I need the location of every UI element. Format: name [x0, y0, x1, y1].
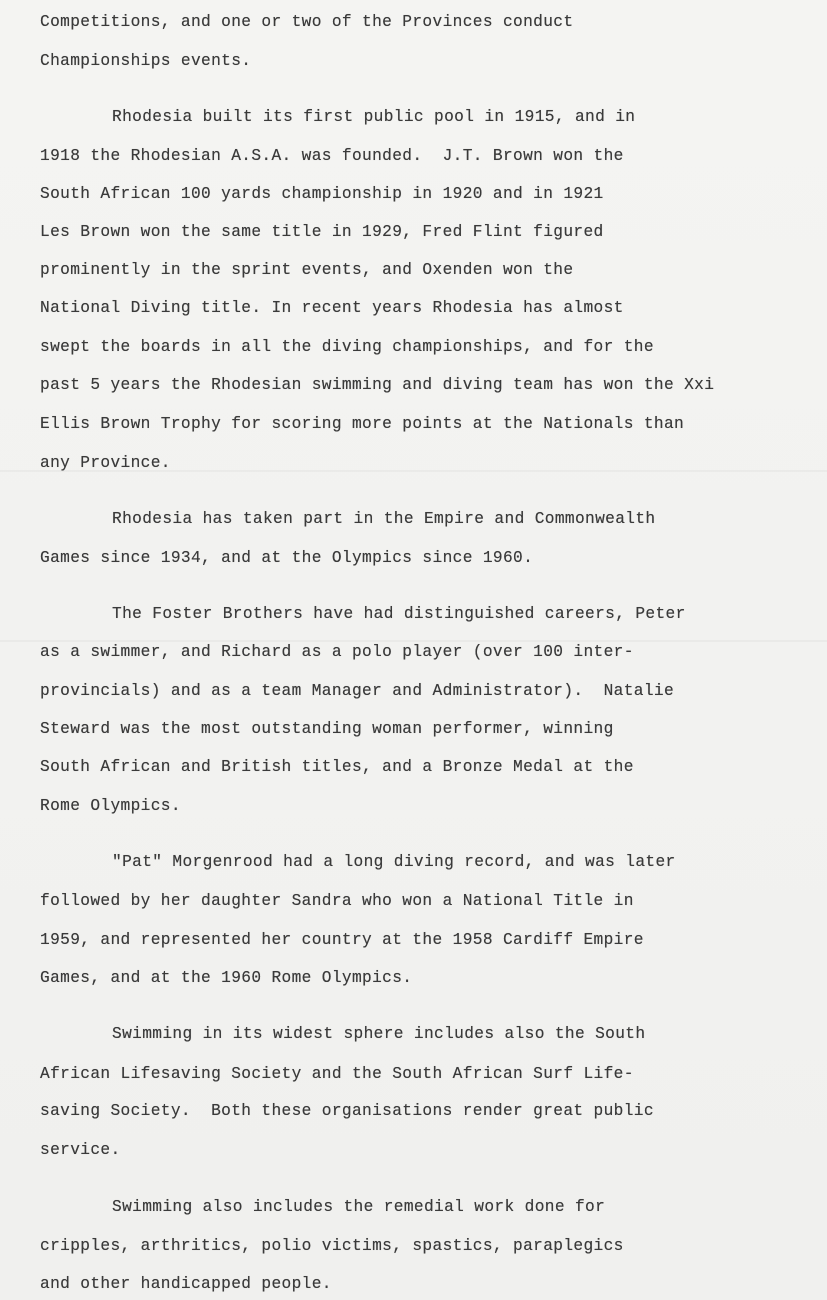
text-line: Games since 1934, and at the Olympics si… — [40, 548, 533, 568]
text-line: Steward was the most outstanding woman p… — [40, 719, 614, 739]
text-line: "Pat" Morgenrood had a long diving recor… — [112, 852, 676, 872]
text-line: Les Brown won the same title in 1929, Fr… — [40, 222, 604, 242]
text-line: Competitions, and one or two of the Prov… — [40, 12, 573, 32]
text-line: Rhodesia built its first public pool in … — [112, 107, 635, 127]
text-line: as a swimmer, and Richard as a polo play… — [40, 642, 634, 662]
text-line: National Diving title. In recent years R… — [40, 298, 624, 318]
text-line: past 5 years the Rhodesian swimming and … — [40, 375, 714, 395]
text-line: Championships events. — [40, 51, 251, 71]
text-line: Swimming in its widest sphere includes a… — [112, 1024, 645, 1044]
text-line: swept the boards in all the diving champ… — [40, 337, 654, 357]
typewritten-page: Competitions, and one or two of the Prov… — [0, 0, 827, 1300]
text-line: 1918 the Rhodesian A.S.A. was founded. J… — [40, 146, 624, 166]
text-line: cripples, arthritics, polio victims, spa… — [40, 1236, 624, 1256]
text-line: Rome Olympics. — [40, 796, 181, 816]
text-line: any Province. — [40, 453, 171, 473]
text-line: service. — [40, 1140, 121, 1160]
text-line: African Lifesaving Society and the South… — [40, 1064, 634, 1084]
text-line: prominently in the sprint events, and Ox… — [40, 260, 573, 280]
text-line: followed by her daughter Sandra who won … — [40, 891, 634, 911]
text-line: Rhodesia has taken part in the Empire an… — [112, 509, 655, 529]
text-line: South African 100 yards championship in … — [40, 184, 604, 204]
text-line: Swimming also includes the remedial work… — [112, 1197, 605, 1217]
text-line: Games, and at the 1960 Rome Olympics. — [40, 968, 412, 988]
text-line: South African and British titles, and a … — [40, 757, 634, 777]
text-line: saving Society. Both these organisations… — [40, 1101, 654, 1121]
text-line: Ellis Brown Trophy for scoring more poin… — [40, 414, 684, 434]
text-line: provincials) and as a team Manager and A… — [40, 681, 674, 701]
text-line: and other handicapped people. — [40, 1274, 332, 1294]
text-line: 1959, and represented her country at the… — [40, 930, 644, 950]
text-line: The Foster Brothers have had distinguish… — [112, 604, 686, 624]
